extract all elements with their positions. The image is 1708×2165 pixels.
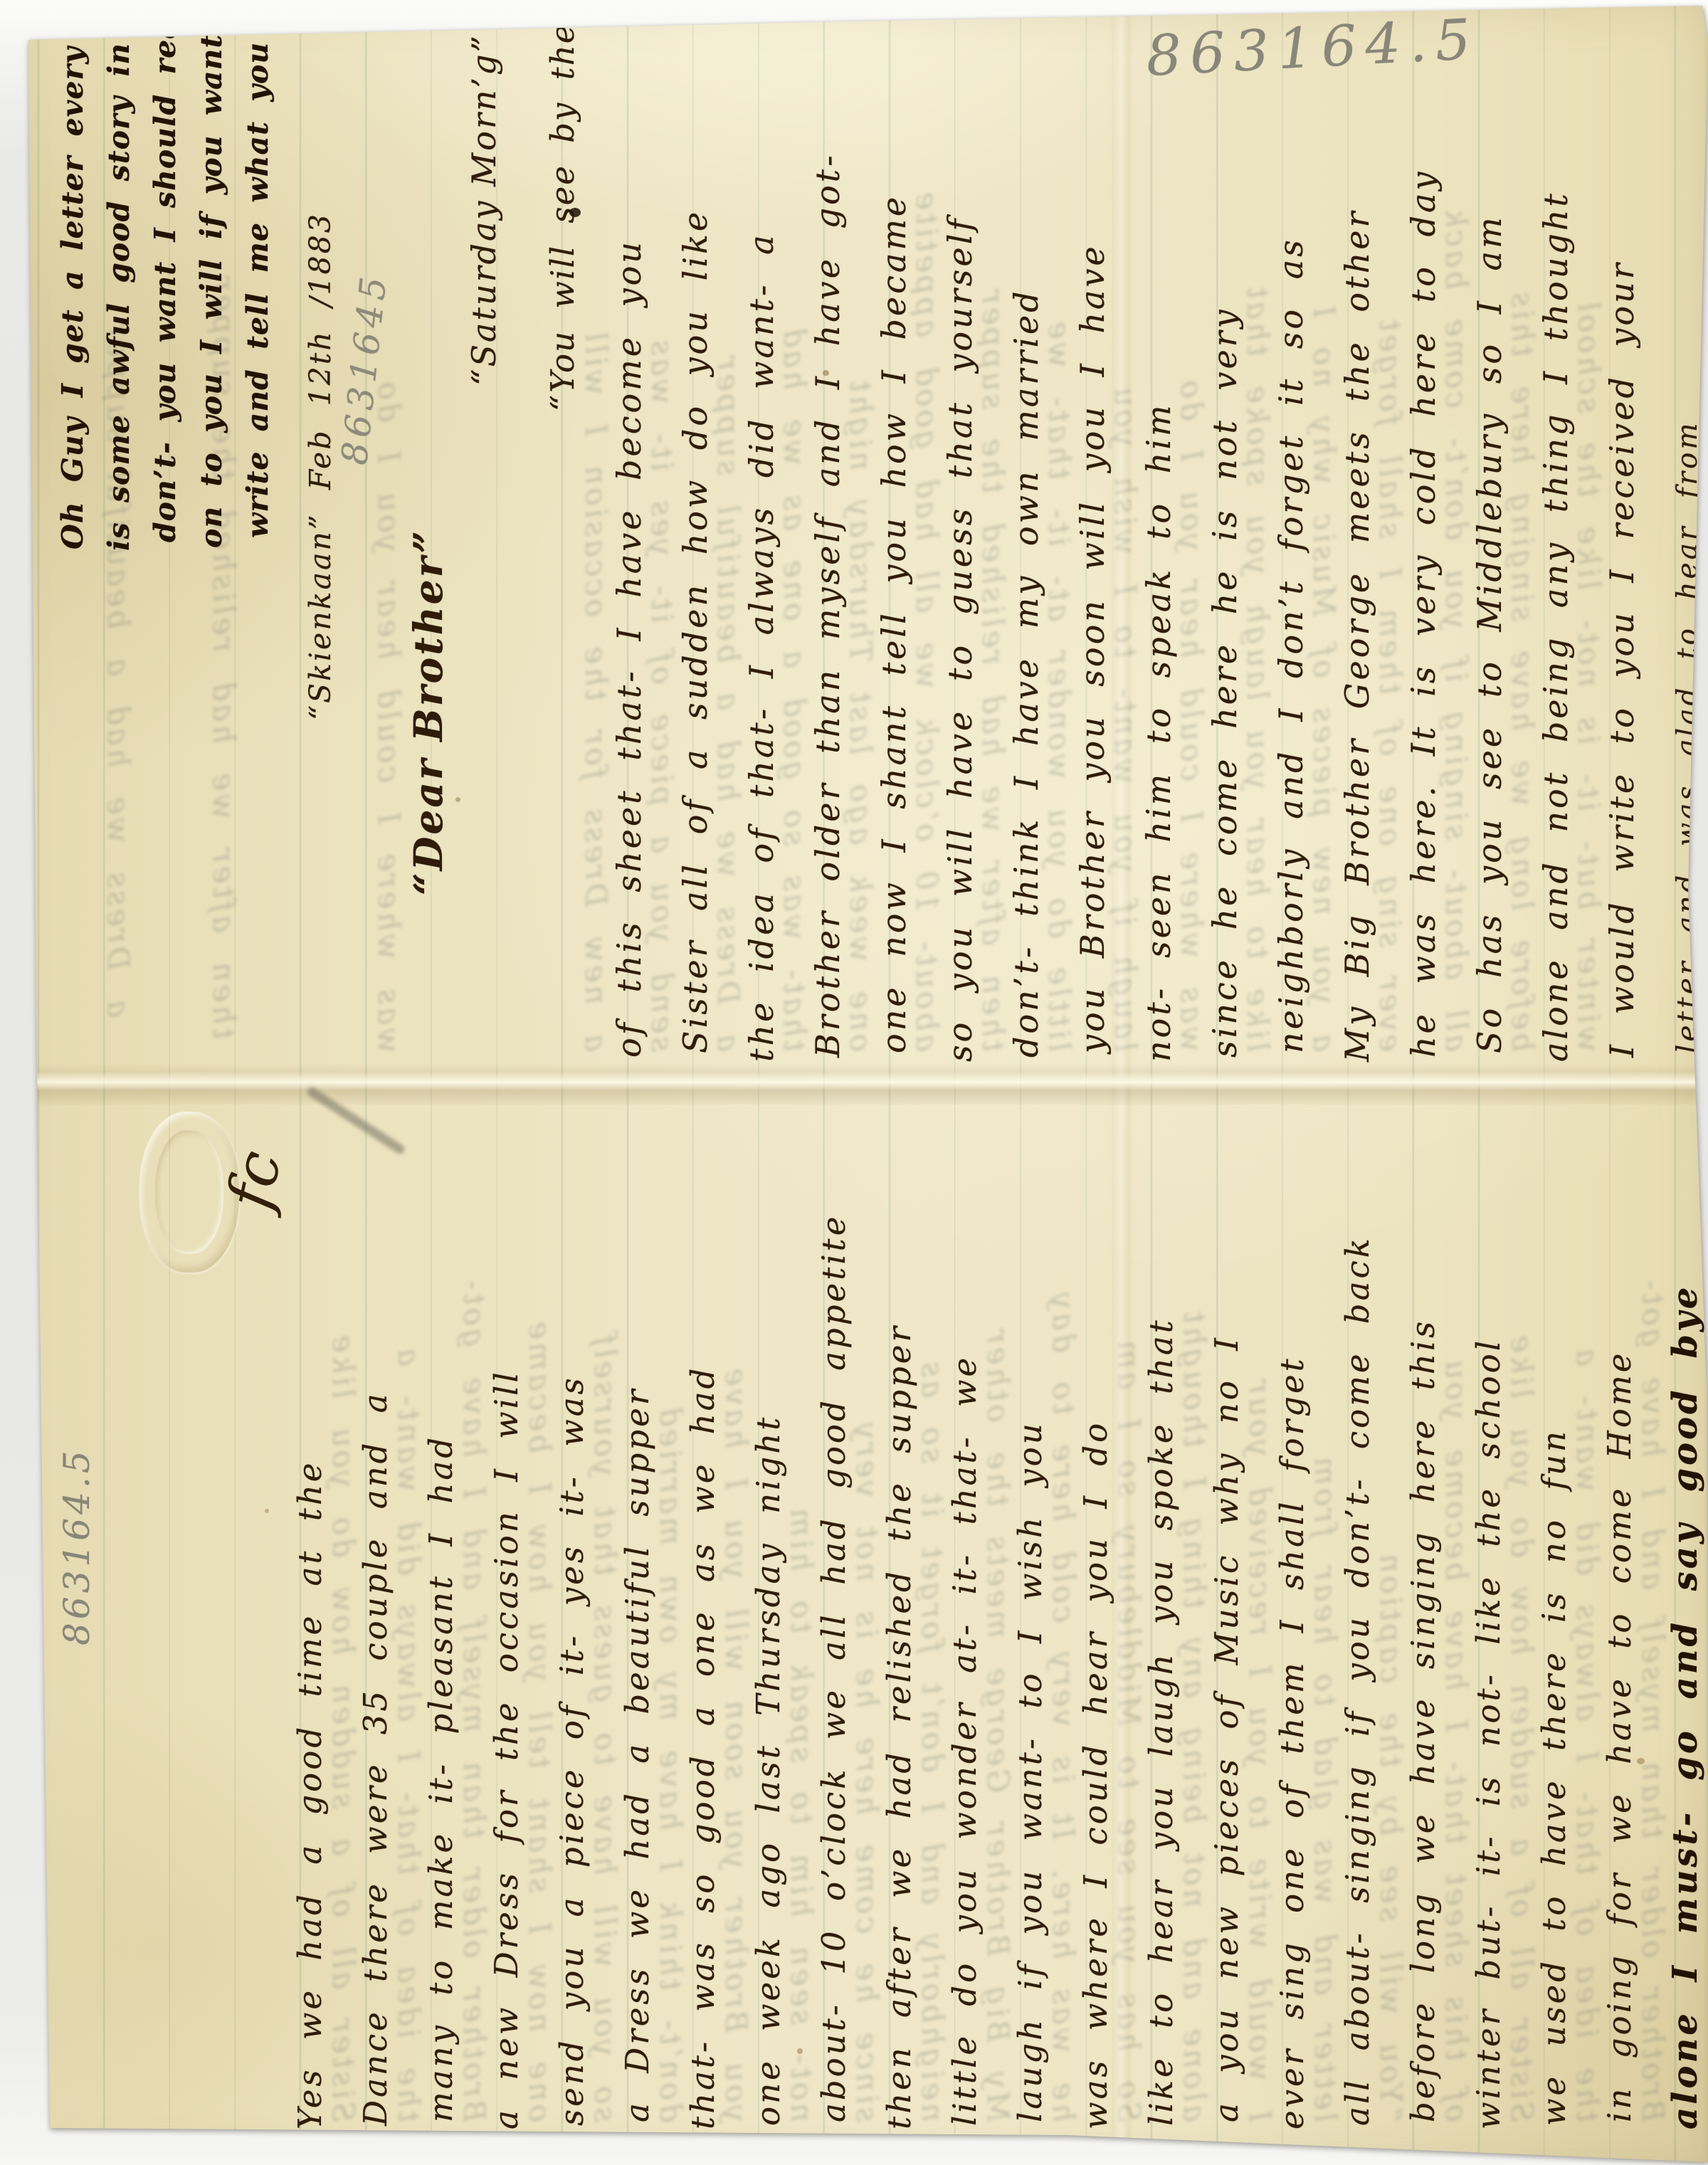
letter-line: in going for we have to come Home: [1587, 1132, 1652, 2122]
letter-line: that- was so good a one as we had: [670, 1156, 736, 2129]
letter-line: one week ago last Thursday night: [736, 1161, 801, 2126]
letter-line: many to make it- pleasant I had: [408, 1149, 474, 2122]
letter-sheet: a new Dress for the occasion I willsend …: [0, 0, 1708, 2165]
letter-line: send you a piece of it- yes it- was: [539, 1135, 605, 2126]
letter-line: a Dress we had a beautiful supper: [605, 1140, 670, 2122]
letter-line: about- 10 o’clock we all had good appeti…: [801, 1132, 867, 2122]
letter-line: “You will see by the caption: [530, 71, 596, 411]
letter-line: alone I must- go and say good bye: [1652, 1147, 1708, 2129]
letter-line: Yes we had a good time at the: [278, 1139, 343, 2129]
letter-line: don’t- think I have my own married: [993, 104, 1059, 1058]
letter-line: My Big Brother George meets the other: [1324, 78, 1390, 1062]
foxing-spot: [265, 1509, 269, 1513]
letter-salutation: “Dear Brother”: [396, 554, 461, 895]
letter-line: winter but- it- is not- like the school: [1456, 1156, 1522, 2129]
letter-line: little do you wonder at- it- that- we: [932, 1152, 998, 2126]
letter-line: before long we have singing here this: [1391, 1140, 1456, 2122]
letter-line: Sister all of a sudden how do you like: [663, 90, 728, 1053]
letter-place-date: “Skienkaan” Feb 12th /1883: [288, 101, 353, 720]
letter-line: So has you see to Middlebury so I am: [1457, 90, 1522, 1053]
letter-line: not- seen him to speak to him: [1126, 88, 1191, 1062]
letter-line: since he come here he is not very: [1192, 94, 1258, 1058]
letter-line: we used to have there is no fun: [1522, 1161, 1587, 2126]
foxing-spot: [1637, 1758, 1645, 1764]
letter-line: he was here. It is very cold here to day: [1391, 84, 1456, 1058]
letter-line: laugh if you want- to I wish you: [998, 1157, 1063, 2122]
foxing-spot: [797, 2048, 803, 2054]
fold-crease: [0, 1063, 1708, 1105]
letter-line: a you new pieces of Music why no I: [1194, 1149, 1260, 2122]
foxing-spot: [455, 797, 460, 802]
letter-line: so you will have to guess that yourself: [927, 98, 993, 1062]
margin-note-line: write and tell me what you think: [225, 79, 290, 538]
letter-line: neighborly and I don’t forget it so as: [1258, 100, 1324, 1053]
foxing-spot: [823, 370, 829, 376]
letter-line: Brother older than myself and I have got…: [795, 74, 860, 1058]
letter-line: Dance there were 35 couple and a: [343, 1144, 408, 2126]
letter-day-line: “Saturday Morn’g”: [451, 58, 517, 386]
letter-line: ever sing one of them I shall forget: [1260, 1164, 1325, 2129]
letter-line: then after we had relished the supper: [867, 1147, 932, 2129]
letter-line: of this sheet that- I have become you: [596, 84, 662, 1058]
letter-line: all about- singing if you don’t- come ba…: [1325, 1135, 1391, 2126]
letter-line: letter and was glad to hear from: [1655, 128, 1708, 1053]
scan-area: a new Dress for the occasion I willsend …: [0, 0, 1708, 2165]
letter-line: I would write to you I received your: [1589, 74, 1655, 1058]
scanned-letter-screenshot: { "document": { "kind": "Scanned 19th-ce…: [0, 0, 1708, 2165]
catalog-number-left-edge: 863164.5: [44, 1361, 110, 1645]
letter-line: alone and not being any thing I thought: [1523, 108, 1588, 1062]
letter-line: like to hear you laugh you spoke that: [1129, 1144, 1194, 2126]
letter-line: a new Dress for the occasion I will: [474, 1164, 539, 2129]
letter-line: one now I shant tell you how I became: [861, 80, 927, 1053]
letter-line: the idea of that- I always did want- a: [729, 108, 794, 1062]
ink-blot: [569, 208, 581, 217]
